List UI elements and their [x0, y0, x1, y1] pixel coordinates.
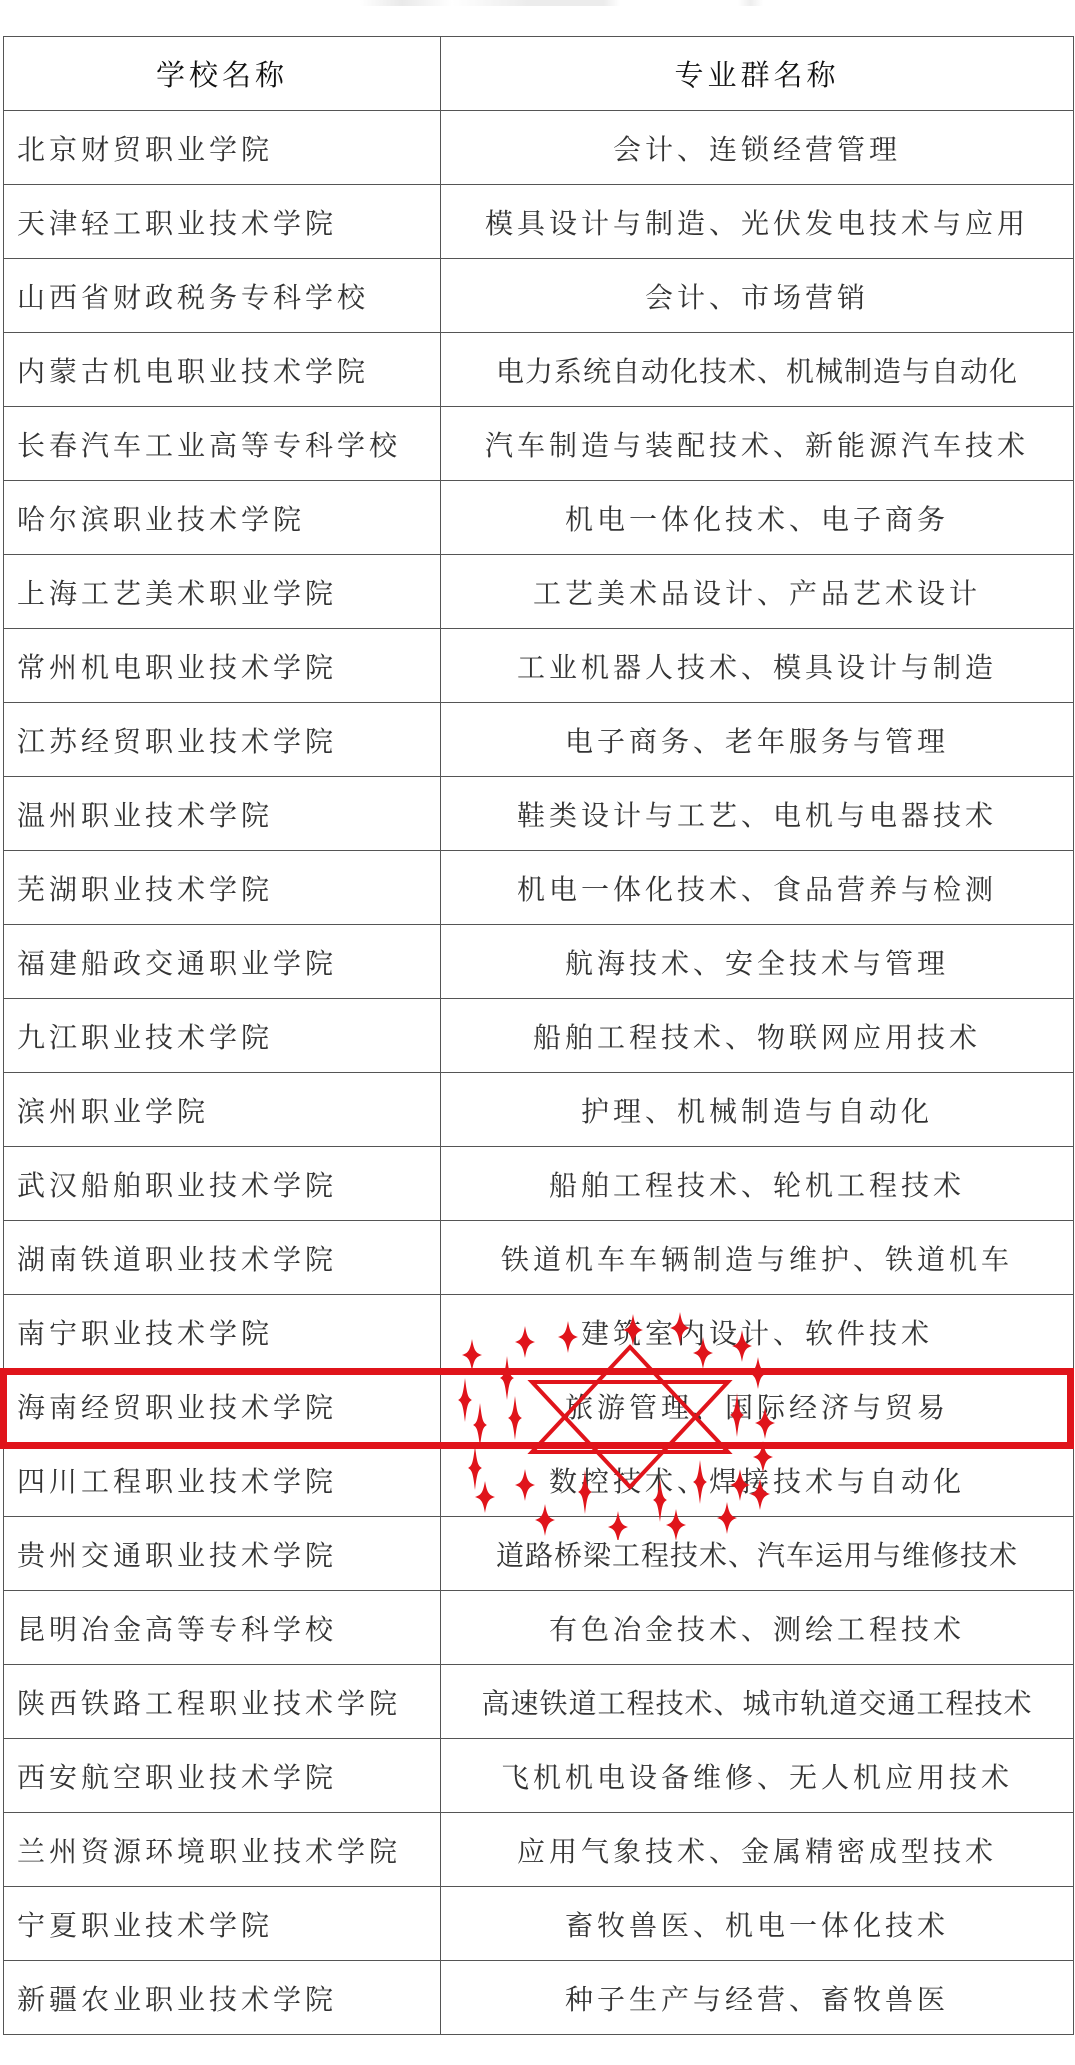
table-row: 昆明冶金高等专科学校有色冶金技术、测绘工程技术: [4, 1591, 1074, 1665]
major-cell: 有色冶金技术、测绘工程技术: [441, 1591, 1074, 1665]
school-cell: 内蒙古机电职业技术学院: [4, 333, 441, 407]
table-row: 上海工艺美术职业学院工艺美术品设计、产品艺术设计: [4, 555, 1074, 629]
school-cell: 西安航空职业技术学院: [4, 1739, 441, 1813]
table-row: 芜湖职业技术学院机电一体化技术、食品营养与检测: [4, 851, 1074, 925]
table-row: 南宁职业技术学院建筑室内设计、软件技术: [4, 1295, 1074, 1369]
major-cell: 电子商务、老年服务与管理: [441, 703, 1074, 777]
school-cell: 山西省财政税务专科学校: [4, 259, 441, 333]
table-row: 山西省财政税务专科学校会计、市场营销: [4, 259, 1074, 333]
school-major-table: 学校名称 专业群名称 北京财贸职业学院会计、连锁经营管理 天津轻工职业技术学院模…: [3, 36, 1074, 2035]
table-row: 哈尔滨职业技术学院机电一体化技术、电子商务: [4, 481, 1074, 555]
table-row: 贵州交通职业技术学院道路桥梁工程技术、汽车运用与维修技术: [4, 1517, 1074, 1591]
table-row: 四川工程职业技术学院数控技术、焊接技术与自动化: [4, 1443, 1074, 1517]
school-cell: 北京财贸职业学院: [4, 111, 441, 185]
header-major-group-name: 专业群名称: [441, 37, 1074, 111]
table-row: 内蒙古机电职业技术学院电力系统自动化技术、机械制造与自动化: [4, 333, 1074, 407]
school-cell: 南宁职业技术学院: [4, 1295, 441, 1369]
table-row: 常州机电职业技术学院工业机器人技术、模具设计与制造: [4, 629, 1074, 703]
school-cell: 湖南铁道职业技术学院: [4, 1221, 441, 1295]
school-cell: 新疆农业职业技术学院: [4, 1961, 441, 2035]
major-cell: 鞋类设计与工艺、电机与电器技术: [441, 777, 1074, 851]
table-row: 天津轻工职业技术学院模具设计与制造、光伏发电技术与应用: [4, 185, 1074, 259]
school-cell: 四川工程职业技术学院: [4, 1443, 441, 1517]
header-school-name: 学校名称: [4, 37, 441, 111]
school-cell: 上海工艺美术职业学院: [4, 555, 441, 629]
major-cell: 建筑室内设计、软件技术: [441, 1295, 1074, 1369]
school-cell: 昆明冶金高等专科学校: [4, 1591, 441, 1665]
school-cell: 福建船政交通职业学院: [4, 925, 441, 999]
major-cell: 会计、市场营销: [441, 259, 1074, 333]
table-row: 西安航空职业技术学院飞机机电设备维修、无人机应用技术: [4, 1739, 1074, 1813]
major-cell: 铁道机车车辆制造与维护、铁道机车: [441, 1221, 1074, 1295]
table-row: 温州职业技术学院鞋类设计与工艺、电机与电器技术: [4, 777, 1074, 851]
major-cell: 旅游管理、国际经济与贸易: [441, 1369, 1074, 1443]
major-cell: 模具设计与制造、光伏发电技术与应用: [441, 185, 1074, 259]
major-cell: 工艺美术品设计、产品艺术设计: [441, 555, 1074, 629]
table-row: 新疆农业职业技术学院种子生产与经营、畜牧兽医: [4, 1961, 1074, 2035]
table-row: 福建船政交通职业学院航海技术、安全技术与管理: [4, 925, 1074, 999]
major-cell: 工业机器人技术、模具设计与制造: [441, 629, 1074, 703]
cropped-title-remnant: [360, 0, 780, 6]
table-row: 江苏经贸职业技术学院电子商务、老年服务与管理: [4, 703, 1074, 777]
major-cell: 电力系统自动化技术、机械制造与自动化: [441, 333, 1074, 407]
major-cell: 船舶工程技术、物联网应用技术: [441, 999, 1074, 1073]
major-cell: 船舶工程技术、轮机工程技术: [441, 1147, 1074, 1221]
table-row: 九江职业技术学院船舶工程技术、物联网应用技术: [4, 999, 1074, 1073]
table-row: 兰州资源环境职业技术学院应用气象技术、金属精密成型技术: [4, 1813, 1074, 1887]
major-cell: 道路桥梁工程技术、汽车运用与维修技术: [441, 1517, 1074, 1591]
major-cell: 高速铁道工程技术、城市轨道交通工程技术: [441, 1665, 1074, 1739]
school-cell: 九江职业技术学院: [4, 999, 441, 1073]
major-cell: 应用气象技术、金属精密成型技术: [441, 1813, 1074, 1887]
school-cell: 海南经贸职业技术学院: [4, 1369, 441, 1443]
major-cell: 护理、机械制造与自动化: [441, 1073, 1074, 1147]
school-cell: 芜湖职业技术学院: [4, 851, 441, 925]
school-cell: 哈尔滨职业技术学院: [4, 481, 441, 555]
table-row: 武汉船舶职业技术学院船舶工程技术、轮机工程技术: [4, 1147, 1074, 1221]
school-cell: 贵州交通职业技术学院: [4, 1517, 441, 1591]
major-cell: 航海技术、安全技术与管理: [441, 925, 1074, 999]
school-cell: 常州机电职业技术学院: [4, 629, 441, 703]
table-row-highlighted: 海南经贸职业技术学院旅游管理、国际经济与贸易: [4, 1369, 1074, 1443]
table-row: 陕西铁路工程职业技术学院高速铁道工程技术、城市轨道交通工程技术: [4, 1665, 1074, 1739]
major-cell: 畜牧兽医、机电一体化技术: [441, 1887, 1074, 1961]
major-cell: 数控技术、焊接技术与自动化: [441, 1443, 1074, 1517]
table-row: 宁夏职业技术学院畜牧兽医、机电一体化技术: [4, 1887, 1074, 1961]
table-row: 北京财贸职业学院会计、连锁经营管理: [4, 111, 1074, 185]
table-row: 滨州职业学院护理、机械制造与自动化: [4, 1073, 1074, 1147]
major-cell: 会计、连锁经营管理: [441, 111, 1074, 185]
school-cell: 温州职业技术学院: [4, 777, 441, 851]
table-row: 湖南铁道职业技术学院铁道机车车辆制造与维护、铁道机车: [4, 1221, 1074, 1295]
table-row: 长春汽车工业高等专科学校汽车制造与装配技术、新能源汽车技术: [4, 407, 1074, 481]
school-cell: 天津轻工职业技术学院: [4, 185, 441, 259]
school-cell: 江苏经贸职业技术学院: [4, 703, 441, 777]
major-cell: 机电一体化技术、电子商务: [441, 481, 1074, 555]
major-cell: 飞机机电设备维修、无人机应用技术: [441, 1739, 1074, 1813]
school-cell: 宁夏职业技术学院: [4, 1887, 441, 1961]
major-cell: 种子生产与经营、畜牧兽医: [441, 1961, 1074, 2035]
school-cell: 兰州资源环境职业技术学院: [4, 1813, 441, 1887]
school-cell: 滨州职业学院: [4, 1073, 441, 1147]
school-cell: 长春汽车工业高等专科学校: [4, 407, 441, 481]
major-cell: 汽车制造与装配技术、新能源汽车技术: [441, 407, 1074, 481]
major-cell: 机电一体化技术、食品营养与检测: [441, 851, 1074, 925]
school-cell: 武汉船舶职业技术学院: [4, 1147, 441, 1221]
school-cell: 陕西铁路工程职业技术学院: [4, 1665, 441, 1739]
table-header-row: 学校名称 专业群名称: [4, 37, 1074, 111]
